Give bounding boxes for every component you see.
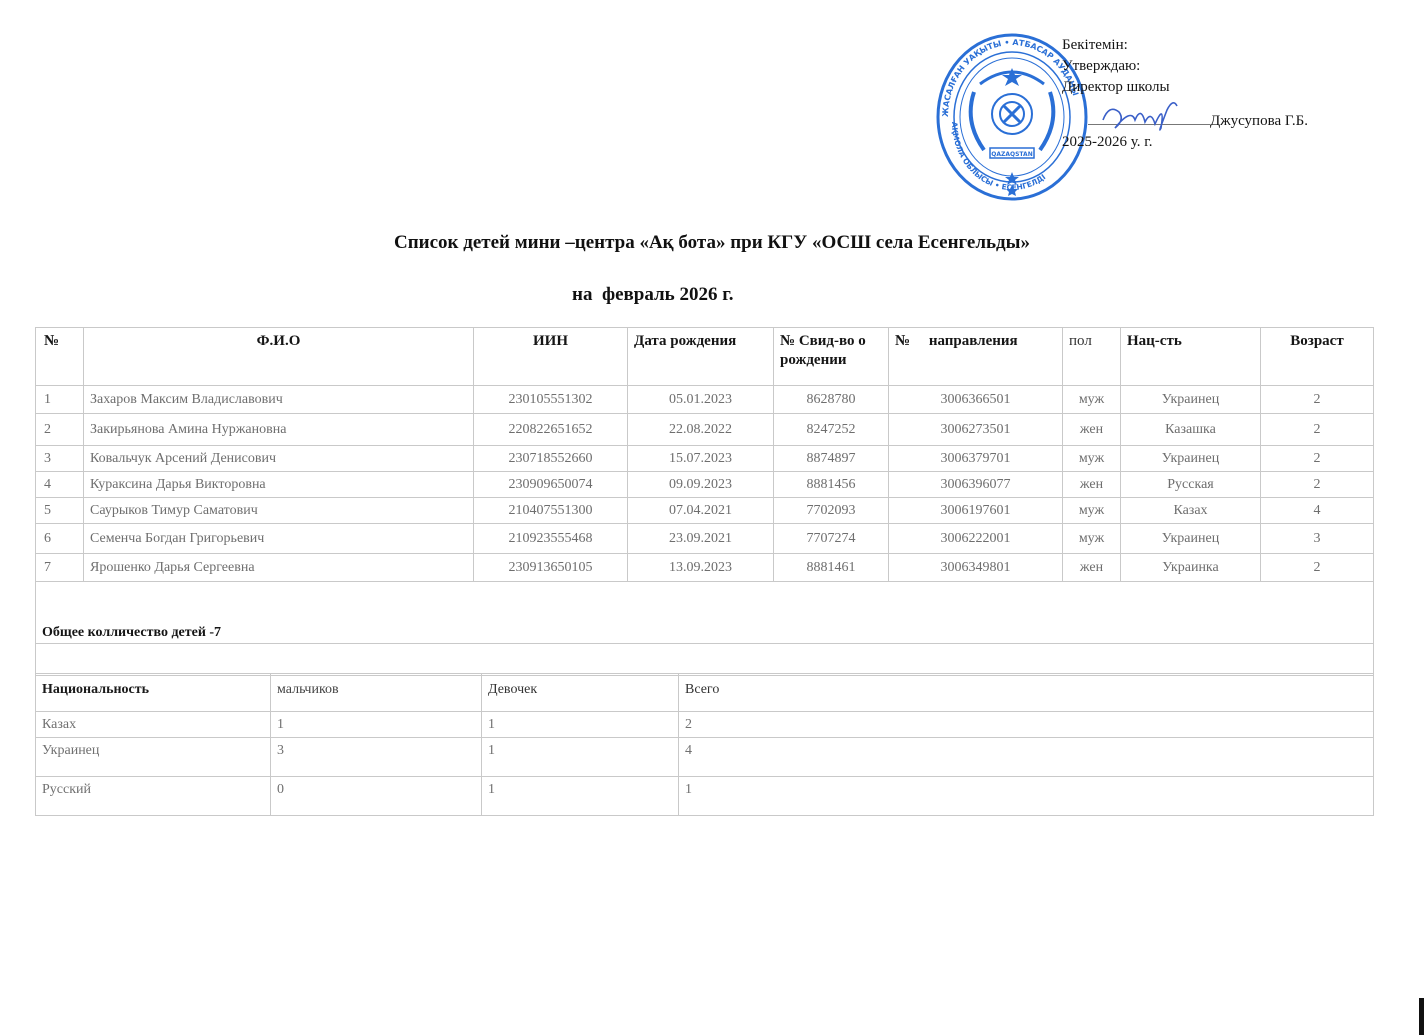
- table-row: 7Ярошенко Дарья Сергеевна23091365010513.…: [36, 554, 1374, 582]
- table-header-row: № Ф.И.О ИИН Дата рождения № Свид-во о ро…: [36, 328, 1374, 386]
- cell-nationality: Казах: [1121, 498, 1261, 524]
- cell-age: 4: [1261, 498, 1374, 524]
- cell-nationality: Казашка: [1121, 414, 1261, 446]
- cell-sex: жен: [1063, 554, 1121, 582]
- cell-cert: 7707274: [774, 524, 889, 554]
- cell-sex: муж: [1063, 446, 1121, 472]
- cell-iin: 230105551302: [474, 386, 628, 414]
- cell-age: 2: [1261, 554, 1374, 582]
- cell-fio: Саурыков Тимур Саматович: [84, 498, 474, 524]
- director-label: Директор школы: [1062, 77, 1362, 98]
- cell-iin: 210923555468: [474, 524, 628, 554]
- table-row: 4Кураксина Дарья Викторовна2309096500740…: [36, 472, 1374, 498]
- cell-referral: 3006273501: [889, 414, 1063, 446]
- cell-nationality: Украинец: [1121, 524, 1261, 554]
- cell-cert: 7702093: [774, 498, 889, 524]
- cell-cert: 8881456: [774, 472, 889, 498]
- summary-cell-girls: 1: [482, 738, 679, 777]
- summary-header-girls: Девочек: [482, 674, 679, 712]
- cell-iin: 210407551300: [474, 498, 628, 524]
- approval-ru: Утверждаю:: [1062, 56, 1362, 77]
- summary-header-nationality: Национальность: [36, 674, 271, 712]
- cell-referral: 3006379701: [889, 446, 1063, 472]
- cell-sex: жен: [1063, 414, 1121, 446]
- cell-fio: Закирьянова Амина Нуржановна: [84, 414, 474, 446]
- header-age: Возраст: [1261, 328, 1374, 386]
- document-title: Список детей мини –центра «Ақ бота» при …: [0, 232, 1424, 254]
- table-row: 3Ковальчук Арсений Денисович230718552660…: [36, 446, 1374, 472]
- cell-nationality: Русская: [1121, 472, 1261, 498]
- svg-text:QAZAQSTAN: QAZAQSTAN: [991, 151, 1032, 158]
- cell-sex: жен: [1063, 472, 1121, 498]
- table-row: 2Закирьянова Амина Нуржановна22082265165…: [36, 414, 1374, 446]
- cell-sex: муж: [1063, 386, 1121, 414]
- cell-nationality: Украинец: [1121, 446, 1261, 472]
- cell-dob: 23.09.2021: [628, 524, 774, 554]
- cell-num: 2: [36, 414, 84, 446]
- cell-fio: Семенча Богдан Григорьевич: [84, 524, 474, 554]
- cell-age: 2: [1261, 472, 1374, 498]
- cell-age: 3: [1261, 524, 1374, 554]
- summary-cell-boys: 0: [271, 777, 482, 816]
- cell-cert: 8247252: [774, 414, 889, 446]
- cell-cert: 8874897: [774, 446, 889, 472]
- table-row: 1Захаров Максим Владиславович23010555130…: [36, 386, 1374, 414]
- summary-cell-girls: 1: [482, 777, 679, 816]
- cell-iin: 230909650074: [474, 472, 628, 498]
- cell-iin: 220822651652: [474, 414, 628, 446]
- cell-fio: Ковальчук Арсений Денисович: [84, 446, 474, 472]
- cell-sex: муж: [1063, 524, 1121, 554]
- cell-age: 2: [1261, 414, 1374, 446]
- summary-cell-nationality: Украинец: [36, 738, 271, 777]
- summary-cell-total: 2: [679, 712, 1374, 738]
- cell-cert: 8881461: [774, 554, 889, 582]
- cell-referral: 3006366501: [889, 386, 1063, 414]
- document-subtitle: на февраль 2026 г.: [572, 284, 733, 306]
- header-iin: ИИН: [474, 328, 628, 386]
- children-table: № Ф.И.О ИИН Дата рождения № Свид-во о ро…: [35, 327, 1374, 676]
- cell-num: 1: [36, 386, 84, 414]
- cell-iin: 230913650105: [474, 554, 628, 582]
- summary-cell-girls: 1: [482, 712, 679, 738]
- header-fio: Ф.И.О: [84, 328, 474, 386]
- header-referral: № направления: [889, 328, 1063, 386]
- approval-kz: Бекітемін:: [1062, 35, 1362, 56]
- total-count: Общее колличество детей -7: [42, 625, 221, 640]
- cell-sex: муж: [1063, 498, 1121, 524]
- signature-icon: [1095, 98, 1185, 138]
- summary-cell-total: 4: [679, 738, 1374, 777]
- cell-referral: 3006222001: [889, 524, 1063, 554]
- summary-row: Русский011: [36, 777, 1374, 816]
- summary-row: Украинец314: [36, 738, 1374, 777]
- cell-nationality: Украинка: [1121, 554, 1261, 582]
- summary-cell-nationality: Казах: [36, 712, 271, 738]
- cell-dob: 05.01.2023: [628, 386, 774, 414]
- cell-iin: 230718552660: [474, 446, 628, 472]
- summary-header-boys: мальчиков: [271, 674, 482, 712]
- blank-row: [36, 644, 1374, 676]
- header-sex: пол: [1063, 328, 1121, 386]
- cell-dob: 22.08.2022: [628, 414, 774, 446]
- signer-name: Джусупова Г.Б.: [1210, 113, 1308, 129]
- cell-cert: 8628780: [774, 386, 889, 414]
- nationality-summary-table: Национальность мальчиков Девочек Всего К…: [35, 673, 1374, 816]
- summary-header-row: Национальность мальчиков Девочек Всего: [36, 674, 1374, 712]
- total-row: Общее колличество детей -7: [36, 582, 1374, 644]
- summary-cell-boys: 3: [271, 738, 482, 777]
- header-nationality: Нац-сть: [1121, 328, 1261, 386]
- cell-num: 7: [36, 554, 84, 582]
- summary-cell-boys: 1: [271, 712, 482, 738]
- cell-age: 2: [1261, 446, 1374, 472]
- cell-num: 5: [36, 498, 84, 524]
- scan-edge-mark: [1419, 998, 1424, 1035]
- cell-dob: 09.09.2023: [628, 472, 774, 498]
- cell-dob: 13.09.2023: [628, 554, 774, 582]
- cell-referral: 3006349801: [889, 554, 1063, 582]
- cell-referral: 3006197601: [889, 498, 1063, 524]
- cell-num: 4: [36, 472, 84, 498]
- cell-fio: Захаров Максим Владиславович: [84, 386, 474, 414]
- cell-referral: 3006396077: [889, 472, 1063, 498]
- header-num: №: [36, 328, 84, 386]
- cell-dob: 07.04.2021: [628, 498, 774, 524]
- table-row: 6Семенча Богдан Григорьевич2109235554682…: [36, 524, 1374, 554]
- cell-num: 3: [36, 446, 84, 472]
- table-row: 5Саурыков Тимур Саматович21040755130007.…: [36, 498, 1374, 524]
- summary-row: Казах112: [36, 712, 1374, 738]
- summary-cell-nationality: Русский: [36, 777, 271, 816]
- cell-nationality: Украинец: [1121, 386, 1261, 414]
- cell-fio: Кураксина Дарья Викторовна: [84, 472, 474, 498]
- summary-cell-total: 1: [679, 777, 1374, 816]
- header-dob: Дата рождения: [628, 328, 774, 386]
- cell-num: 6: [36, 524, 84, 554]
- cell-age: 2: [1261, 386, 1374, 414]
- summary-header-total: Всего: [679, 674, 1374, 712]
- cell-fio: Ярошенко Дарья Сергеевна: [84, 554, 474, 582]
- header-cert: № Свид-во о рождении: [774, 328, 889, 386]
- cell-dob: 15.07.2023: [628, 446, 774, 472]
